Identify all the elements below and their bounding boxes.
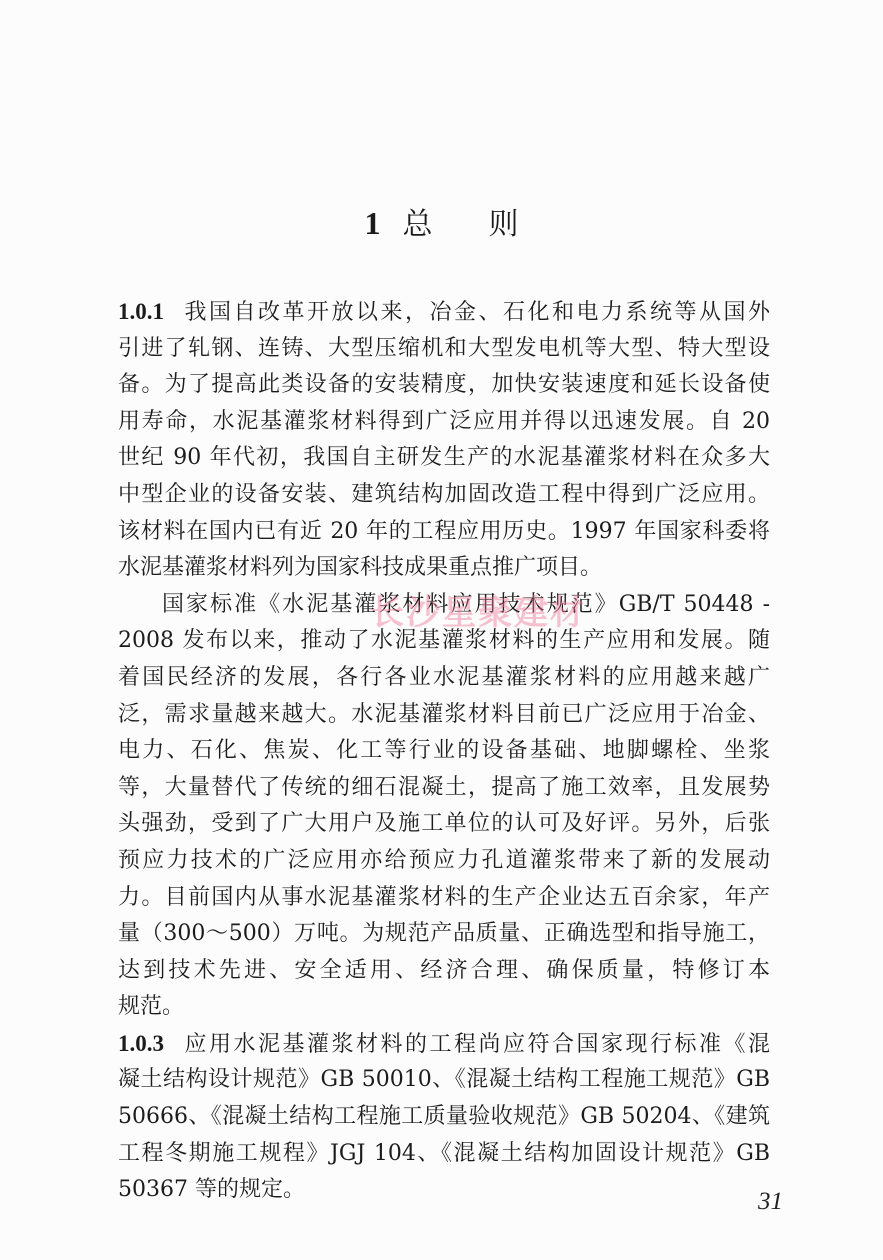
chapter-number: 1 bbox=[365, 205, 381, 241]
paragraph-2-line: 泛，需求量越来越大。水泥基灌浆材料目前已广泛应用于冶金、 bbox=[118, 697, 770, 734]
page-number: 31 bbox=[758, 1188, 783, 1216]
clause-1-0-1-line: 用寿命，水泥基灌浆材料得到广泛应用并得以迅速发展。自 20 bbox=[118, 404, 770, 441]
clause-1-0-3-line: 凝土结构设计规范》GB 50010、《混凝土结构工程施工规范》GB bbox=[118, 1062, 770, 1099]
paragraph-2-line: 等，大量替代了传统的细石混凝土，提高了施工效率，且发展势 bbox=[118, 770, 770, 807]
clause-1-0-3-line: 1.0.3应用水泥基灌浆材料的工程尚应符合国家现行标准《混 bbox=[118, 1026, 770, 1063]
clause-1-0-1-line: 引进了轧钢、连铸、大型压缩机和大型发电机等大型、特大型设 bbox=[118, 331, 770, 368]
clause-1-0-3-line: 50666、《混凝土结构工程施工质量验收规范》GB 50204、《建筑 bbox=[118, 1099, 770, 1136]
document-page: 1总则 1.0.1我国自改革开放以来，冶金、石化和电力系统等从国外 引进了轧钢、… bbox=[0, 0, 883, 1260]
paragraph-2-line: 量（300～500）万吨。为规范产品质量、正确选型和指导施工， bbox=[118, 916, 770, 953]
clause-1-0-3-line: 50367 等的规定。 bbox=[118, 1172, 770, 1209]
paragraph-2-line: 预应力技术的广泛应用亦给预应力孔道灌浆带来了新的发展动 bbox=[118, 843, 770, 880]
paragraph-2-line: 2008 发布以来，推动了水泥基灌浆材料的生产应用和发展。随 bbox=[118, 623, 770, 660]
chapter-title-char-1: 总 bbox=[403, 207, 433, 242]
paragraph-2-line: 国家标准《水泥基灌浆材料应用技术规范》GB/T 50448 - bbox=[118, 587, 770, 624]
clause-1-0-1-line: 水泥基灌浆材料列为国家科技成果重点推广项目。 bbox=[118, 550, 770, 587]
chapter-title-char-2: 则 bbox=[489, 207, 519, 242]
clause-number: 1.0.3 bbox=[118, 1031, 164, 1056]
clause-1-0-1-line: 中型企业的设备安装、建筑结构加固改造工程中得到广泛应用。 bbox=[118, 477, 770, 514]
clause-number: 1.0.1 bbox=[118, 299, 164, 324]
paragraph-2-line: 力。目前国内从事水泥基灌浆材料的生产企业达五百余家，年产 bbox=[118, 880, 770, 917]
body-text: 1.0.1我国自改革开放以来，冶金、石化和电力系统等从国外 引进了轧钢、连铸、大… bbox=[118, 294, 770, 1209]
clause-1-0-1-line: 1.0.1我国自改革开放以来，冶金、石化和电力系统等从国外 bbox=[118, 294, 770, 331]
paragraph-2-line: 着国民经济的发展，各行各业水泥基灌浆材料的应用越来越广 bbox=[118, 660, 770, 697]
chapter-title: 1总则 bbox=[0, 203, 883, 245]
clause-1-0-3-line: 工程冬期施工规程》JGJ 104、《混凝土结构加固设计规范》GB bbox=[118, 1136, 770, 1173]
paragraph-2-line: 电力、石化、焦炭、化工等行业的设备基础、地脚螺栓、坐浆 bbox=[118, 733, 770, 770]
paragraph-2-line: 达到技术先进、安全适用、经济合理、确保质量，特修订本 bbox=[118, 953, 770, 990]
paragraph-2-line: 规范。 bbox=[118, 989, 770, 1026]
clause-1-0-1-line: 世纪 90 年代初，我国自主研发生产的水泥基灌浆材料在众多大 bbox=[118, 440, 770, 477]
clause-1-0-1-line: 备。为了提高此类设备的安装精度，加快安装速度和延长设备使 bbox=[118, 367, 770, 404]
clause-1-0-1-line: 该材料在国内已有近 20 年的工程应用历史。1997 年国家科委将 bbox=[118, 514, 770, 551]
paragraph-2-line: 头强劲，受到了广大用户及施工单位的认可及好评。另外，后张 bbox=[118, 806, 770, 843]
